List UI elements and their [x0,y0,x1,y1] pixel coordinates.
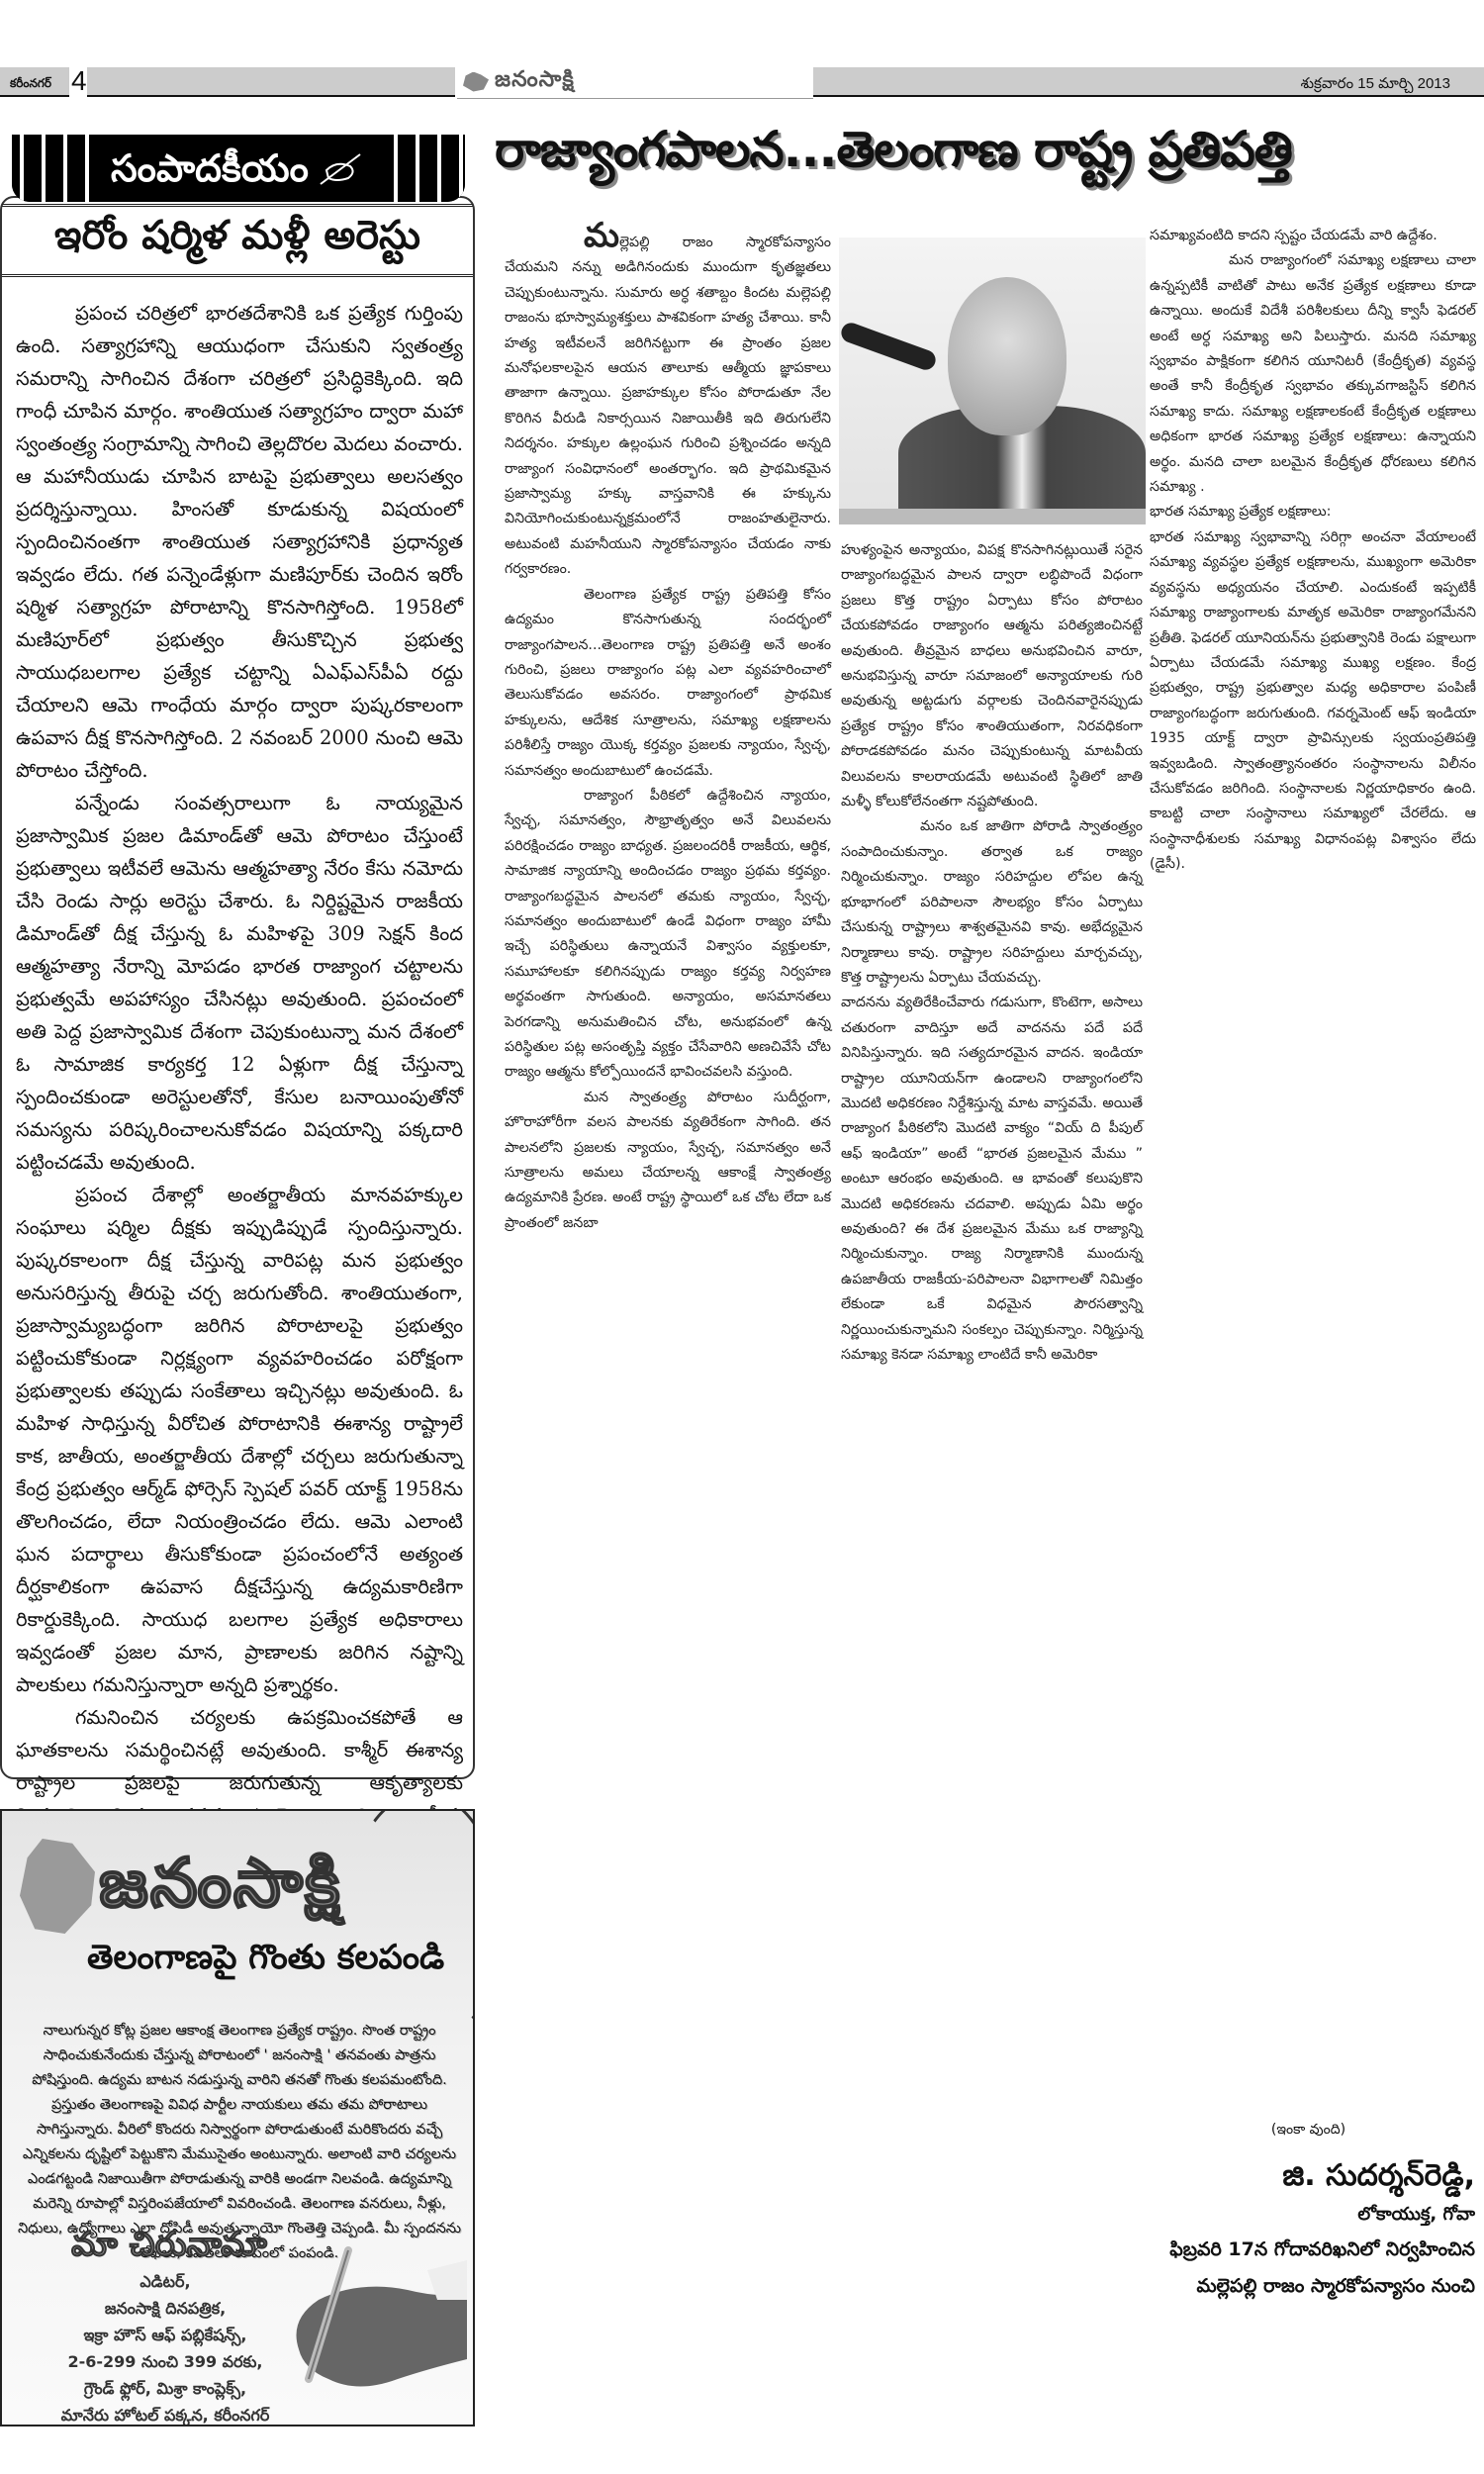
issue-date: శుక్రవారం 15 మార్చి 2013 [1301,75,1450,96]
ad-brand: జనంసాక్షి [99,1845,342,1939]
editorial-paragraph: పన్నేండు సంవత్సరాలుగా ఓ నాయ్యమైన ప్రజాస్… [16,787,463,1179]
article-paragraph: సమాఖ్యవంటిది కాదని స్పష్టం చేయడమే వారి ఉ… [1150,224,1476,248]
author-title: లోకాయుక్త, గోవా [1138,2204,1479,2229]
editorial-paragraph: ప్రపంచ చరిత్రలో భారతదేశానికి ఒక ప్రత్యేక… [16,297,463,787]
article-paragraph: భారత సమాఖ్య స్వభావాన్ని సరిగ్గా అంచనా వే… [1150,525,1476,878]
ad-tagline: తెలంగాణపై గొంతు కలపండి [87,1938,444,1985]
article-text: ల్లెపల్లి రాజం స్మారకోపన్యాసం చేయమని నన్… [505,235,831,577]
photo-figure-head [948,277,1067,435]
hand-with-pen-icon [279,2231,467,2399]
article-column-1: మల్లెపల్లి రాజం స్మారకోపన్యాసం చేయమని నన… [505,226,831,1236]
editorial-box: ఇరోం షర్మిళ మళ్లీ అరెస్టు ప్రపంచ చరిత్రల… [0,196,475,1779]
editorial-headline: ఇరోం షర్మిళ మళ్లీ అరెస్టు [2,204,473,277]
masthead-edition-bar: కరీంనగర్ [0,67,69,97]
editorial-paragraph: ప్రపంచ దేశాల్లో అంతర్జాతీయ మానవహక్కుల సం… [16,1179,463,1701]
article-paragraph: మన రాజ్యాంగంలో సమాఖ్య లక్షణాలు చాలా ఉన్న… [1150,248,1476,500]
editorial-banner: సంపాదకీయం [12,135,465,202]
article-column-3: సమాఖ్యవంటిది కాదని స్పష్టం చేయడమే వారి ఉ… [1150,224,1476,878]
article-signature: (ఇంకా వుంది) జి. సుదర్శన్‌రెడ్డి, లోకాయు… [1138,2118,1479,2302]
decorative-vine [344,1809,475,2048]
source-line: ఫిబ్రవరి 17న గోదావరిఖనిలో నిర్వహించిన [1138,2238,1479,2265]
newspaper-name: జనంసాక్షి [495,67,575,97]
address-line: మానేరు హోటల్ పక్కన, కరీంనగర్ [22,2402,309,2426]
newspaper-logo: జనంసాక్షి [457,65,813,99]
article-headline: రాజ్యాంగపాలన...తెలంగాణ రాష్ట్ర ప్రతిపత్త… [495,121,1474,200]
address-line: జనంసాక్షి దినపత్రిక, [22,2295,309,2322]
drop-cap: మ [584,216,619,255]
article-column-2: హుళ్యంపైన అన్యాయం, విపక్ష కొనసాగినట్లుయి… [841,538,1143,1368]
edition-label: కరీంనగర్ [10,76,51,93]
article-paragraph: రాజ్యాంగ పీఠికలో ఉద్దేశించిన న్యాయం, స్వ… [505,784,831,1086]
address-line: గ్రౌండ్ ఫ్లోర్, మిశ్రా కాంప్లెక్స్, [22,2375,309,2402]
article-paragraph: మనం ఒక జాతిగా పోరాడి స్వాతంత్ర్యం సంపాది… [841,814,1143,991]
source-line: మల్లెపల్లి రాజం స్మారకోపన్యాసం నుంచి [1138,2275,1479,2302]
address-block: ఎడిటర్, జనంసాక్షి దినపత్రిక, ఇక్రా హౌస్ … [22,2268,309,2426]
article-paragraph: మన స్వాతంత్ర్య పోరాటం సుదీర్ఘంగా, హొరాహో… [505,1086,831,1236]
article-paragraph: హుళ్యంపైన అన్యాయం, విపక్ష కొనసాగినట్లుయి… [841,538,1143,814]
article-paragraph: తెలంగాణ ప్రత్యేక రాష్ట్ర ప్రతిపత్తి కోసం… [505,583,831,784]
editorial-body: ప్రపంచ చరిత్రలో భారతదేశానికి ఒక ప్రత్యేక… [16,297,463,2060]
continued-label: (ఇంకా వుంది) [1138,2122,1479,2141]
banner-stripes-left [12,135,91,202]
address-line: ఇక్రా హౌస్ ఆఫ్ పబ్లికేషన్స్, [22,2322,309,2348]
page-number: 4 [71,65,87,97]
address-line: 2-6-299 నుంచి 399 వరకు, [22,2348,309,2375]
author-photo [839,238,1146,524]
photo-desk [839,509,1146,524]
section-title: సంపాదకీయం [111,146,309,200]
janamsakshi-advertisement: జనంసాక్షి తెలంగాణపై గొంతు కలపండి నాలుగున… [0,1809,475,2426]
article-paragraph: మల్లెపల్లి రాజం స్మారకోపన్యాసం చేయమని నన… [505,226,831,583]
telangana-map-icon [20,1839,95,1934]
author-name: జి. సుదర్శన్‌రెడ్డి, [1138,2158,1479,2200]
address-title: మా చిరునామా [71,2225,267,2272]
address-line: ఎడిటర్, [22,2268,309,2295]
masthead-date-bar: శుక్రవారం 15 మార్చి 2013 [813,67,1484,97]
article-paragraph: వాదనను వ్యతిరేకించేవారు గడుసుగా, కొంటెగా… [841,991,1143,1368]
writing-hand-icon [317,150,366,186]
masthead: కరీంనగర్ 4 జనంసాక్షి శుక్రవారం 15 మార్చి… [0,65,1484,101]
telangana-map-icon [463,72,489,92]
masthead-middle-bar [87,67,455,97]
banner-stripes-right [386,135,465,202]
article-subheading: భారత సమాఖ్య ప్రత్యేక లక్షణాలు: [1150,500,1476,524]
microphone [839,321,938,373]
editorial-section: ఇరోం షర్మిళ మళ్లీ అరెస్టు ప్రపంచ చరిత్రల… [0,135,475,1777]
